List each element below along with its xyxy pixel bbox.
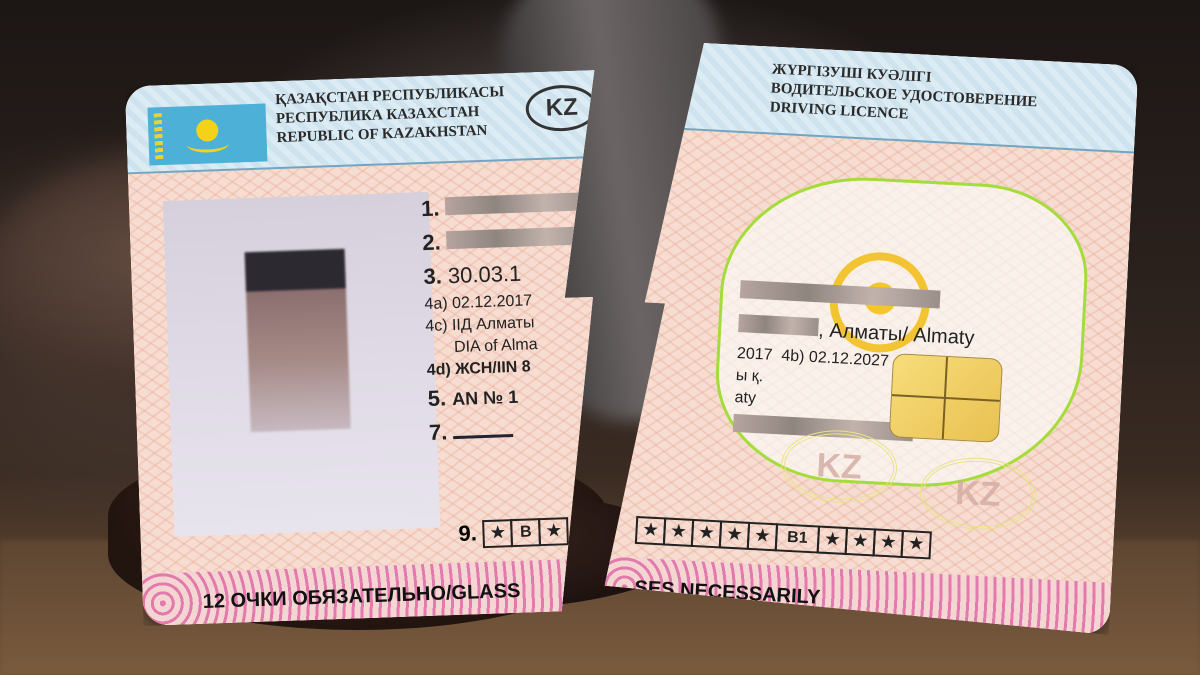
redacted-value — [445, 192, 596, 215]
document-title: ЖҮРГІЗУШІ КУӘЛІГІ ВОДИТЕЛЬСКОЕ УДОСТОВЕР… — [769, 60, 1038, 131]
card-header: ҚАЗАҚСТАН РЕСПУБЛИКАСЫ РЕСПУБЛИКА КАЗАХС… — [125, 70, 598, 174]
field-signature: 7. — [428, 410, 603, 450]
smart-card-chip-icon — [889, 353, 1003, 443]
issuing-country: ҚАЗАҚСТАН РЕСПУБЛИКАСЫ РЕСПУБЛИКА КАЗАХС… — [275, 83, 506, 148]
redacted-value — [738, 314, 819, 336]
licence-left-half: ҚАЗАҚСТАН РЕСПУБЛИКАСЫ РЕСПУБЛИКА КАЗАХС… — [125, 70, 614, 626]
signature-mark — [453, 434, 513, 439]
holder-photo-pixelated — [163, 192, 441, 537]
categories-grid: 9. ★ B ★ — [458, 517, 569, 549]
redacted-value — [740, 280, 941, 308]
kazakhstan-flag-icon — [147, 103, 267, 165]
